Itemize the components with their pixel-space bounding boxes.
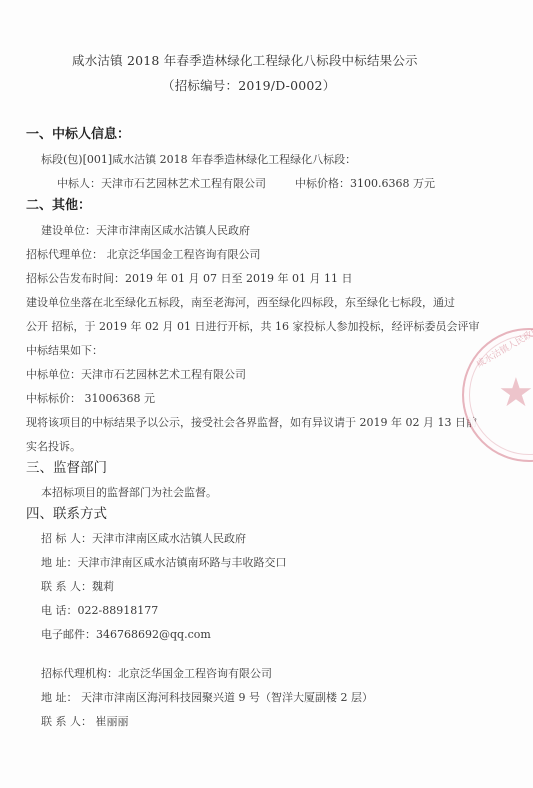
- lot-description: 标段(包)[001]咸水沽镇 2018 年春季造林绿化工程绿化八标段：: [41, 153, 356, 167]
- tenderer-contact: 联 系 人：魏莉: [41, 580, 114, 594]
- public-notice-text: 现将该项目的中标结果予以公示，接受社会各界监督，如有异议请于 2019 年 02…: [26, 416, 477, 430]
- winning-price: 中标价格：3100.6368 万元: [295, 177, 435, 191]
- tenderer: 招 标 人：天津市津南区咸水沽镇人民政府: [41, 532, 246, 546]
- winning-bid-price: 中标标价： 31006368 元: [26, 392, 155, 406]
- result-intro: 中标结果如下：: [26, 344, 103, 358]
- section-heading-contact: 四、联系方式: [26, 507, 107, 521]
- construction-unit: 建设单位：天津市津南区咸水沽镇人民政府: [41, 224, 250, 238]
- bid-opening-description: 公开 招标，于 2019 年 02 月 01 日进行开标，共 16 家投标人参加…: [26, 320, 479, 334]
- tender-number: （招标编号：2019/D-0002）: [162, 79, 335, 93]
- announcement-period: 招标公告发布时间：2019 年 01 月 07 日至 2019 年 01 月 1…: [26, 272, 352, 286]
- document-title: 咸水沽镇 2018 年春季造林绿化工程绿化八标段中标结果公示: [72, 54, 418, 68]
- agency-name: 招标代理机构：北京泛华国金工程咨询有限公司: [41, 667, 272, 681]
- supervision-text: 本招标项目的监督部门为社会监督。: [41, 486, 217, 500]
- star-icon: ★: [498, 370, 533, 416]
- winning-unit: 中标单位：天津市石艺园林艺术工程有限公司: [26, 368, 246, 382]
- section-heading-supervision: 三、监督部门: [26, 461, 107, 475]
- agency-contact: 联 系 人： 崔丽丽: [41, 715, 129, 729]
- agency-unit: 招标代理单位： 北京泛华国金工程咨询有限公司: [26, 248, 261, 262]
- document-page: 咸水沽镇 2018 年春季造林绿化工程绿化八标段中标结果公示 （招标编号：201…: [0, 0, 533, 788]
- section-heading-winner-info: 一、中标人信息：: [26, 128, 130, 142]
- tenderer-phone: 电 话：022-88918177: [41, 604, 158, 618]
- winner-name: 中标人：天津市石艺园林艺术工程有限公司: [57, 177, 266, 191]
- location-description: 建设单位坐落在北至绿化五标段，南至老海河，西至绿化四标段，东至绿化七标段，通过: [26, 296, 455, 310]
- public-notice-text-cont: 实名投诉。: [26, 440, 81, 454]
- tenderer-email[interactable]: 电子邮件：346768692@qq.com: [41, 628, 211, 642]
- section-heading-other: 二、其他：: [26, 199, 91, 213]
- tenderer-address: 地 址：天津市津南区咸水沽镇南环路与丰收路交口: [41, 556, 287, 570]
- seal-text: 咸水沽镇人民政府: [474, 323, 533, 370]
- agency-address: 地 址： 天津市津南区海河科技园聚兴道 9 号（智洋大厦副楼 2 层）: [41, 691, 373, 705]
- official-seal: 咸水沽镇人民政府 ★: [462, 328, 533, 462]
